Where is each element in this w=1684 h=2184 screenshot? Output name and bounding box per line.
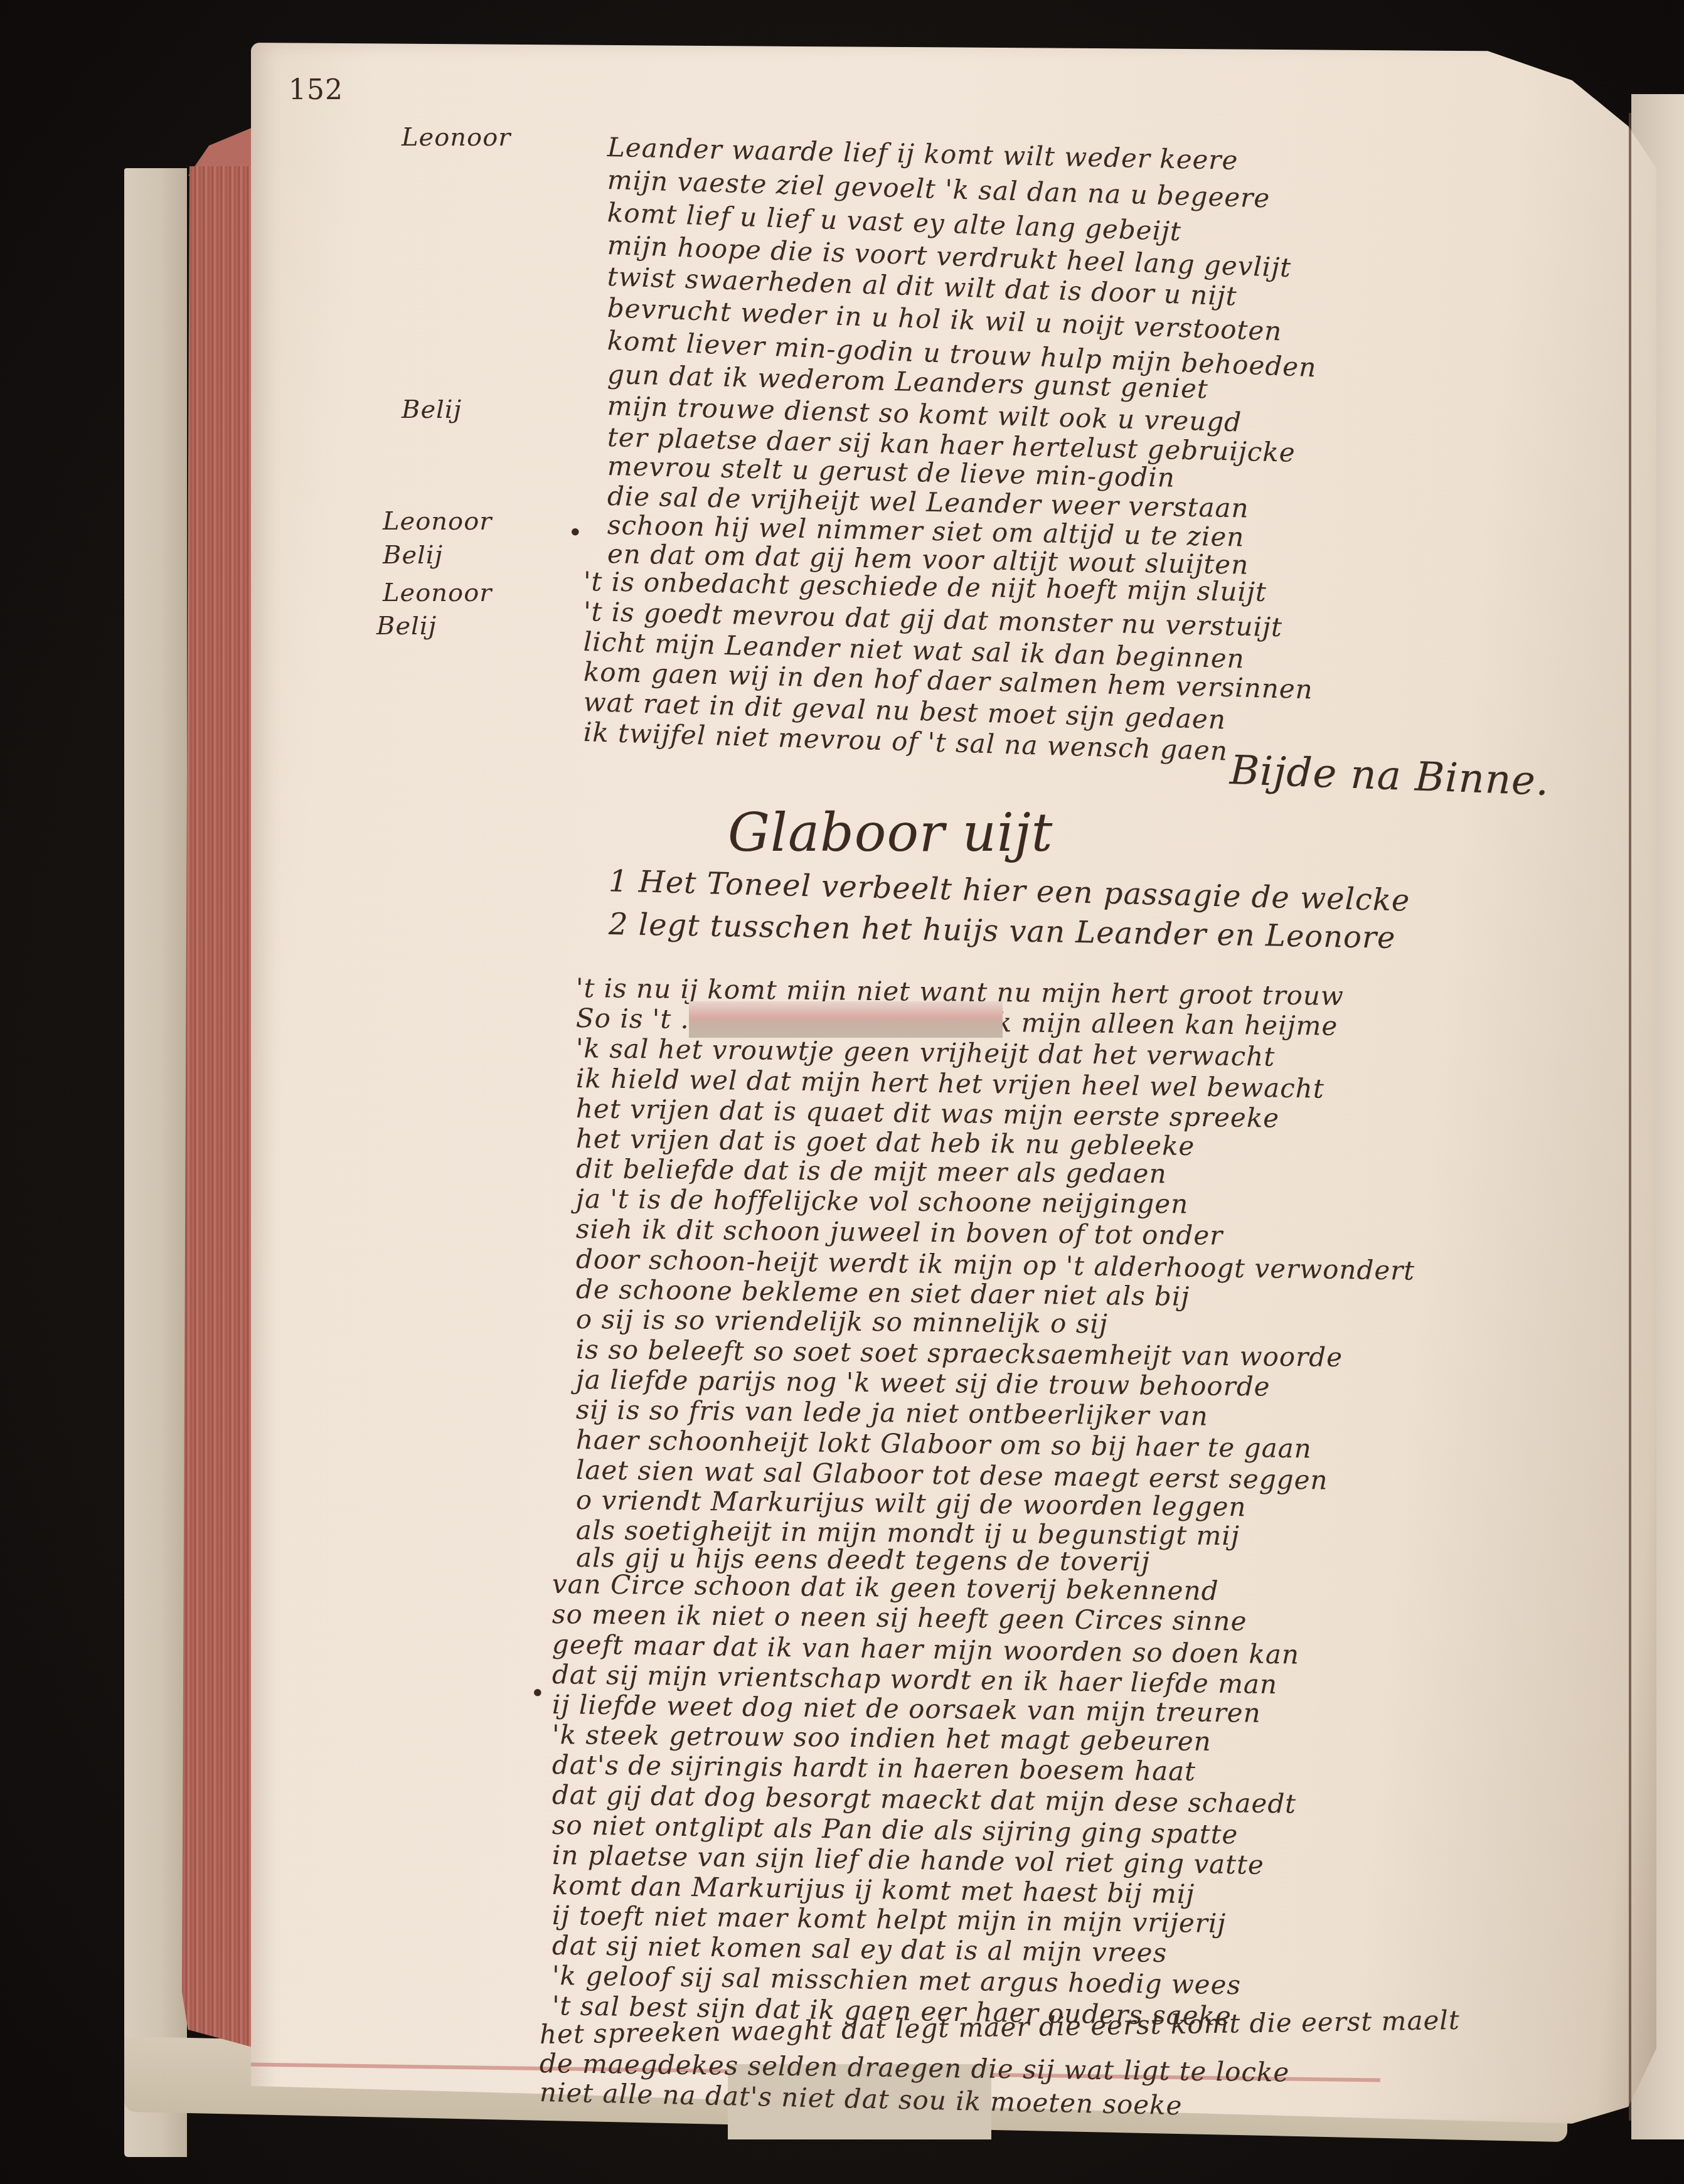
speaker-label: Leonoor	[383, 578, 492, 607]
red-fore-edge-page-stack	[182, 166, 257, 2048]
speaker-label: Leonoor	[383, 507, 492, 536]
margin-marker: •	[530, 1679, 546, 1708]
speaker-label: Leonoor	[402, 123, 511, 152]
speaker-label: Belij	[383, 541, 443, 570]
verse-line: o sij is so vriendelijk so minnelijk o s…	[576, 1304, 1108, 1339]
folio-number: 152	[289, 74, 343, 106]
vellum-cover-flap	[124, 168, 187, 2157]
speaker-label: Belij	[402, 395, 462, 424]
speaker-label: Belij	[376, 612, 437, 641]
margin-marker: •	[568, 518, 584, 547]
binding-gutter	[1629, 113, 1631, 2121]
scene-title: Glaboor uijt	[728, 802, 1053, 863]
redaction-strip	[689, 1001, 1003, 1038]
